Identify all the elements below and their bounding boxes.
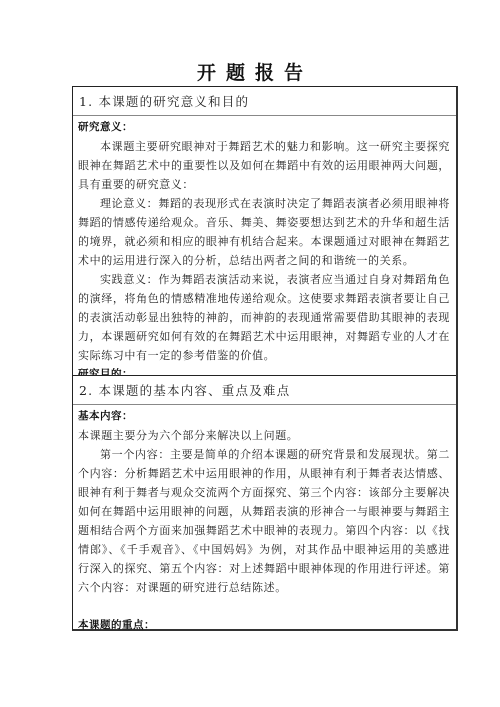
- section-1-body: 研究意义： 本课题主要研究眼神对于舞蹈艺术的魅力和影响。这一研究主要探究眼神在舞…: [73, 116, 456, 376]
- theoretical-significance-paragraph: 理论意义：舞蹈的表现形式在表演时决定了舞蹈表演者必须用眼神将舞蹈的情感传递给观众…: [78, 194, 450, 270]
- document-title: 开题报告: [0, 60, 500, 86]
- section-2-header: 2. 本课题的基本内容、重点及难点: [73, 376, 456, 405]
- basic-content-intro-paragraph: 本课题主要分为六个部分来解决以上问题。: [78, 426, 450, 445]
- significance-intro-paragraph: 本课题主要研究眼神对于舞蹈艺术的魅力和影响。这一研究主要探究眼神在舞蹈艺术中的重…: [78, 137, 450, 194]
- key-points-label: 本课题的重点：: [78, 616, 450, 631]
- section-1-header: 1. 本课题的研究意义和目的: [73, 87, 456, 116]
- practical-significance-paragraph: 实践意义：作为舞蹈表演活动来说，表演者应当通过自身对舞蹈角色的演绎，将角色的情感…: [78, 270, 450, 365]
- research-significance-label: 研究意义：: [78, 118, 450, 137]
- basic-content-detail-paragraph: 第一个内容：主要是简单的介绍本课题的研究背景和发展现状。第二个内容：分析舞蹈艺术…: [78, 445, 450, 597]
- report-table: 1. 本课题的研究意义和目的 研究意义： 本课题主要研究眼神对于舞蹈艺术的魅力和…: [72, 86, 458, 631]
- section-2-body: 基本内容： 本课题主要分为六个部分来解决以上问题。 第一个内容：主要是简单的介绍…: [73, 405, 456, 631]
- research-purpose-label: 研究目的：: [78, 365, 450, 376]
- blank-line: [78, 597, 450, 616]
- basic-content-label: 基本内容：: [78, 407, 450, 426]
